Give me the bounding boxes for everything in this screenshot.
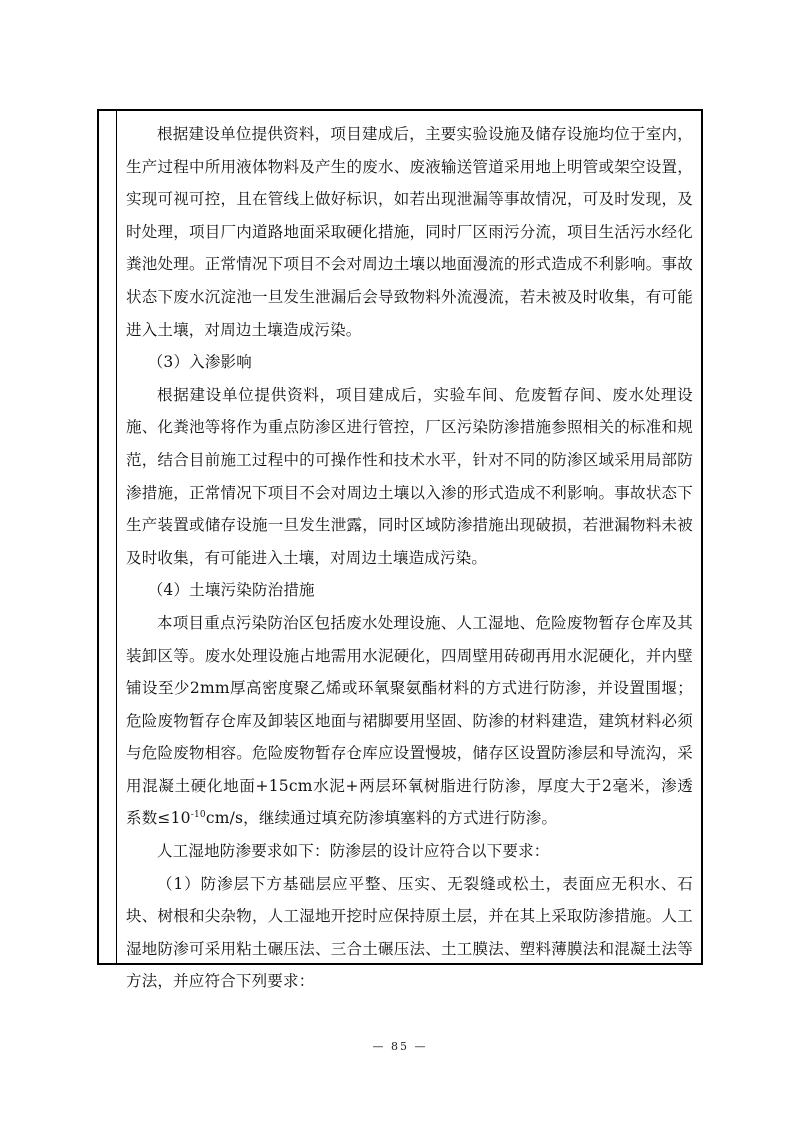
prevention-text: 本项目重点污染防治区包括废水处理设施、人工湿地、危险废物暂存仓库及其装卸区等。废… bbox=[126, 614, 693, 828]
paragraph-wetland-requirements-intro: 人工湿地防渗要求如下：防渗层的设计应符合以下要求： bbox=[126, 835, 693, 868]
prevention-text-tail: cm/s，继续通过填充防渗填塞料的方式进行防渗。 bbox=[206, 809, 557, 827]
exponent: -10 bbox=[191, 810, 206, 820]
paragraph-prevention-measures: 本项目重点污染防治区包括废水处理设施、人工湿地、危险废物暂存仓库及其装卸区等。废… bbox=[126, 607, 693, 835]
table-label-column bbox=[99, 111, 117, 963]
paragraph-infiltration: 根据建设单位提供资料，项目建成后，实验车间、危废暂存间、废水处理设施、化粪池等将… bbox=[126, 379, 693, 575]
heading-infiltration-impact: （3）入渗影响 bbox=[126, 346, 693, 379]
heading-soil-pollution-prevention: （4）土壤污染防治措施 bbox=[126, 574, 693, 607]
table-content-cell: 根据建设单位提供资料，项目建成后，主要实验设施及储存设施均位于室内，生产过程中所… bbox=[117, 111, 701, 963]
page-number: — 85 — bbox=[0, 1040, 800, 1053]
paragraph-surface-runoff: 根据建设单位提供资料，项目建成后，主要实验设施及储存设施均位于室内，生产过程中所… bbox=[126, 118, 693, 346]
content-table: 根据建设单位提供资料，项目建成后，主要实验设施及储存设施均位于室内，生产过程中所… bbox=[97, 109, 703, 965]
paragraph-wetland-requirement-1: （1）防渗层下方基础层应平整、压实、无裂缝或松土，表面应无积水、石块、树根和尖杂… bbox=[126, 868, 693, 998]
